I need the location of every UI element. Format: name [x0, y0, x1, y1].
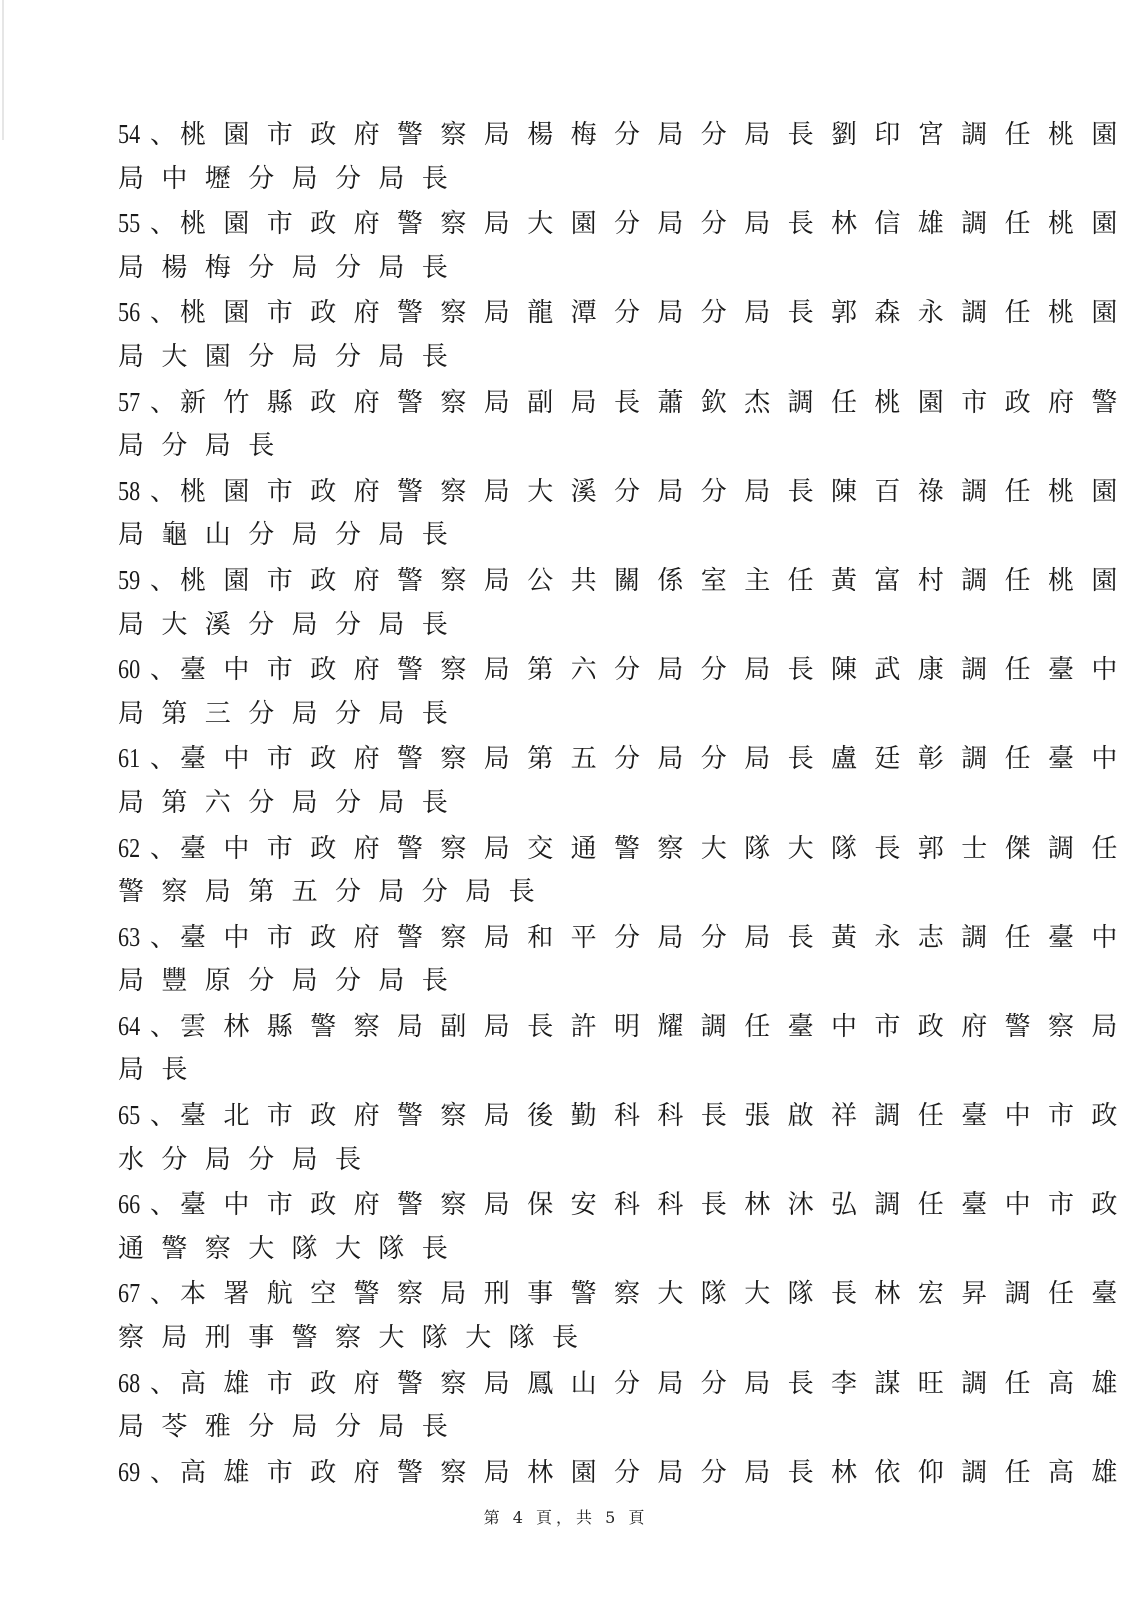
entry-number: 57 — [118, 380, 141, 425]
entry-number: 66 — [118, 1182, 141, 1227]
entry-text: 新竹縣政府警察局副局長蕭欽杰調任桃園市政府警察局龍潭分 — [180, 388, 1132, 418]
list-item: 66、臺中市政府警察局保安科科長林沐弘調任臺中市政府警察局交 通警察大隊大隊長 — [118, 1182, 998, 1271]
entry-number: 58 — [118, 469, 141, 514]
list-item: 67、本署航空警察局刑事警察大隊大隊長林宏昇調任臺南市政府警 察局刑事警察大隊大… — [118, 1271, 998, 1360]
entry-separator: 、 — [146, 1183, 180, 1228]
entry-text: 雲林縣警察局副局長許明耀調任臺中市政府警察局和平分局分 — [180, 1012, 1132, 1042]
entry-text: 高雄市政府警察局林園分局分局長林依仰調任高雄市政府警察 — [180, 1458, 1132, 1488]
entry-text: 臺中市政府警察局交通警察大隊大隊長郭士傑調任臺中市政府 — [180, 834, 1132, 864]
entry-continuation-line: 察局刑事警察大隊大隊長 — [118, 1316, 998, 1361]
entry-first-line: 62、臺中市政府警察局交通警察大隊大隊長郭士傑調任臺中市政府 — [118, 826, 998, 871]
entry-continuation-line: 局大園分局分局長 — [118, 335, 998, 380]
entry-first-line: 59、桃園市政府警察局公共關係室主任黃富村調任桃園市政府警察 — [118, 558, 998, 603]
entry-continuation-line: 局大溪分局分局長 — [118, 603, 998, 648]
entry-continuation-line: 局楊梅分局分局長 — [118, 246, 998, 291]
entry-first-line: 57、新竹縣政府警察局副局長蕭欽杰調任桃園市政府警察局龍潭分 — [118, 380, 998, 425]
entry-first-line: 61、臺中市政府警察局第五分局分局長盧廷彰調任臺中市政府警察 — [118, 736, 998, 781]
list-item: 62、臺中市政府警察局交通警察大隊大隊長郭士傑調任臺中市政府 警察局第五分局分局… — [118, 826, 998, 915]
entry-first-line: 56、桃園市政府警察局龍潭分局分局長郭森永調任桃園市政府警察 — [118, 290, 998, 335]
scan-edge-mark — [2, 0, 4, 140]
entry-separator: 、 — [146, 381, 180, 426]
entry-number: 62 — [118, 826, 141, 871]
entry-first-line: 54、桃園市政府警察局楊梅分局分局長劉印宮調任桃園市政府警察 — [118, 112, 998, 157]
entry-separator: 、 — [146, 1362, 180, 1407]
entry-number: 68 — [118, 1361, 141, 1406]
entry-number: 65 — [118, 1093, 141, 1138]
entry-first-line: 60、臺中市政府警察局第六分局分局長陳武康調任臺中市政府警察 — [118, 647, 998, 692]
entry-separator: 、 — [146, 827, 180, 872]
entry-text: 臺中市政府警察局第五分局分局長盧廷彰調任臺中市政府警察 — [180, 744, 1132, 774]
entry-continuation-line: 局第六分局分局長 — [118, 781, 998, 826]
entry-number: 63 — [118, 915, 141, 960]
list-item: 54、桃園市政府警察局楊梅分局分局長劉印宮調任桃園市政府警察 局中壢分局分局長 — [118, 112, 998, 201]
list-item: 55、桃園市政府警察局大園分局分局長林信雄調任桃園市政府警察 局楊梅分局分局長 — [118, 201, 998, 290]
entry-continuation-line: 局第三分局分局長 — [118, 692, 998, 737]
entry-separator: 、 — [146, 113, 180, 158]
entry-number: 59 — [118, 558, 141, 603]
entry-text: 臺北市政府警察局後勤科科長張啟祥調任臺中市政府警察局清 — [180, 1101, 1132, 1131]
entry-separator: 、 — [146, 559, 180, 604]
entry-text: 桃園市政府警察局楊梅分局分局長劉印宮調任桃園市政府警察 — [180, 120, 1132, 150]
entry-separator: 、 — [146, 1005, 180, 1050]
entry-number: 56 — [118, 290, 141, 335]
entry-first-line: 66、臺中市政府警察局保安科科長林沐弘調任臺中市政府警察局交 — [118, 1182, 998, 1227]
entry-separator: 、 — [146, 202, 180, 247]
entry-separator: 、 — [146, 916, 180, 961]
list-item: 68、高雄市政府警察局鳳山分局分局長李謀旺調任高雄市政府警察 局苓雅分局分局長 — [118, 1361, 998, 1450]
entry-continuation-line: 局苓雅分局分局長 — [118, 1405, 998, 1450]
entry-text: 桃園市政府警察局大溪分局分局長陳百祿調任桃園市政府警察 — [180, 477, 1132, 507]
entry-first-line: 64、雲林縣警察局副局長許明耀調任臺中市政府警察局和平分局分 — [118, 1004, 998, 1049]
entry-number: 60 — [118, 647, 141, 692]
entry-first-line: 55、桃園市政府警察局大園分局分局長林信雄調任桃園市政府警察 — [118, 201, 998, 246]
entry-first-line: 63、臺中市政府警察局和平分局分局長黃永志調任臺中市政府警察 — [118, 915, 998, 960]
entry-number: 64 — [118, 1004, 141, 1049]
entry-continuation-line: 局中壢分局分局長 — [118, 157, 998, 202]
entry-text: 臺中市政府警察局和平分局分局長黃永志調任臺中市政府警察 — [180, 923, 1132, 953]
entry-text: 桃園市政府警察局公共關係室主任黃富村調任桃園市政府警察 — [180, 566, 1132, 596]
entry-separator: 、 — [146, 648, 180, 693]
entry-text: 桃園市政府警察局龍潭分局分局長郭森永調任桃園市政府警察 — [180, 298, 1132, 328]
list-item: 58、桃園市政府警察局大溪分局分局長陳百祿調任桃園市政府警察 局龜山分局分局長 — [118, 469, 998, 558]
entry-text: 本署航空警察局刑事警察大隊大隊長林宏昇調任臺南市政府警 — [180, 1279, 1132, 1309]
list-item: 63、臺中市政府警察局和平分局分局長黃永志調任臺中市政府警察 局豐原分局分局長 — [118, 915, 998, 1004]
entry-continuation-line: 通警察大隊大隊長 — [118, 1227, 998, 1272]
list-item: 69、高雄市政府警察局林園分局分局長林依仰調任高雄市政府警察 — [118, 1450, 998, 1495]
page-number-footer: 第 4 頁，共 5 頁 — [0, 1505, 1132, 1528]
list-item: 61、臺中市政府警察局第五分局分局長盧廷彰調任臺中市政府警察 局第六分局分局長 — [118, 736, 998, 825]
entry-first-line: 65、臺北市政府警察局後勤科科長張啟祥調任臺中市政府警察局清 — [118, 1093, 998, 1138]
entry-text: 高雄市政府警察局鳳山分局分局長李謀旺調任高雄市政府警察 — [180, 1369, 1132, 1399]
entry-separator: 、 — [146, 1451, 180, 1496]
entry-first-line: 58、桃園市政府警察局大溪分局分局長陳百祿調任桃園市政府警察 — [118, 469, 998, 514]
entry-text: 桃園市政府警察局大園分局分局長林信雄調任桃園市政府警察 — [180, 209, 1132, 239]
entry-text: 臺中市政府警察局第六分局分局長陳武康調任臺中市政府警察 — [180, 655, 1132, 685]
entry-first-line: 67、本署航空警察局刑事警察大隊大隊長林宏昇調任臺南市政府警 — [118, 1271, 998, 1316]
entry-continuation-line: 局豐原分局分局長 — [118, 959, 998, 1004]
list-item: 56、桃園市政府警察局龍潭分局分局長郭森永調任桃園市政府警察 局大園分局分局長 — [118, 290, 998, 379]
list-item: 64、雲林縣警察局副局長許明耀調任臺中市政府警察局和平分局分 局長 — [118, 1004, 998, 1093]
entry-continuation-line: 警察局第五分局分局長 — [118, 870, 998, 915]
entry-separator: 、 — [146, 291, 180, 336]
entry-separator: 、 — [146, 1094, 180, 1139]
entry-continuation-line: 局龜山分局分局長 — [118, 513, 998, 558]
list-item: 60、臺中市政府警察局第六分局分局長陳武康調任臺中市政府警察 局第三分局分局長 — [118, 647, 998, 736]
entry-number: 67 — [118, 1271, 141, 1316]
entry-continuation-line: 水分局分局長 — [118, 1138, 998, 1183]
entry-separator: 、 — [146, 470, 180, 515]
entry-text: 臺中市政府警察局保安科科長林沐弘調任臺中市政府警察局交 — [180, 1190, 1132, 1220]
list-item: 59、桃園市政府警察局公共關係室主任黃富村調任桃園市政府警察 局大溪分局分局長 — [118, 558, 998, 647]
entry-separator: 、 — [146, 737, 180, 782]
entry-number: 54 — [118, 112, 141, 157]
entry-separator: 、 — [146, 1272, 180, 1317]
entry-number: 69 — [118, 1450, 141, 1495]
entry-continuation-line: 局長 — [118, 1048, 998, 1093]
document-body: 54、桃園市政府警察局楊梅分局分局長劉印宮調任桃園市政府警察 局中壢分局分局長 … — [118, 112, 998, 1494]
entry-continuation-line: 局分局長 — [118, 424, 998, 469]
entry-number: 55 — [118, 201, 141, 246]
list-item: 57、新竹縣政府警察局副局長蕭欽杰調任桃園市政府警察局龍潭分 局分局長 — [118, 380, 998, 469]
entry-number: 61 — [118, 736, 141, 781]
entry-first-line: 69、高雄市政府警察局林園分局分局長林依仰調任高雄市政府警察 — [118, 1450, 998, 1495]
entry-first-line: 68、高雄市政府警察局鳳山分局分局長李謀旺調任高雄市政府警察 — [118, 1361, 998, 1406]
list-item: 65、臺北市政府警察局後勤科科長張啟祥調任臺中市政府警察局清 水分局分局長 — [118, 1093, 998, 1182]
